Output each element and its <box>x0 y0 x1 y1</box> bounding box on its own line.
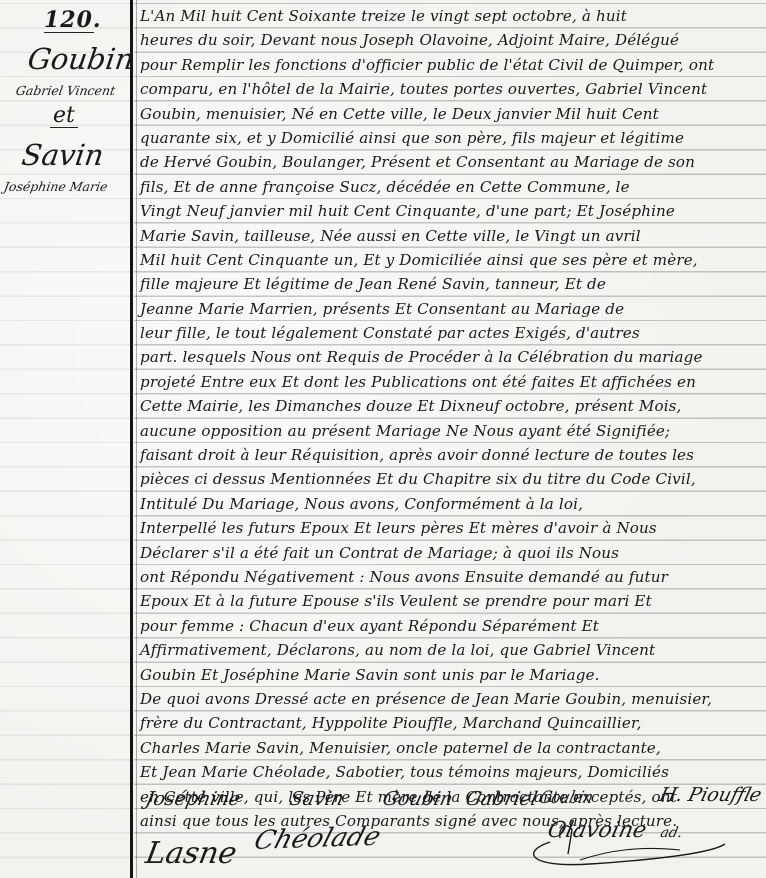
record-line: comparu, en l'hôtel de la Mairie, toutes… <box>140 76 760 100</box>
record-line: heures du soir, Devant nous Joseph Olavo… <box>140 27 760 51</box>
groom-given-names: Gabriel Vincent <box>15 84 117 98</box>
record-line: Goubin Et Joséphine Marie Savin sont uni… <box>140 662 760 686</box>
signature-witness-cheolade: Chéolade <box>251 822 385 856</box>
signature-witness-piouffle: H. Piouffle <box>657 784 764 806</box>
document-page: 120. Goubin Gabriel Vincent et Savin Jos… <box>0 0 766 878</box>
record-line: De quoi avons Dressé acte en présence de… <box>140 686 760 710</box>
signature-groom-given: Gabriel <box>464 788 540 810</box>
record-line: Et Jean Marie Chéolade, Sabotier, tous t… <box>140 759 760 783</box>
margin-divider <box>130 0 133 878</box>
record-line: projeté Entre eux Et dont les Publicatio… <box>140 369 760 393</box>
record-line: Affirmativement, Déclarons, au nom de la… <box>140 637 760 661</box>
record-line: Jeanne Marie Marrien, présents Et Consen… <box>140 296 760 320</box>
record-line: leur fille, le tout légalement Constaté … <box>140 320 760 344</box>
record-body: L'An Mil huit Cent Soixante treize le vi… <box>140 3 764 832</box>
groom-surname: Goubin <box>26 44 136 74</box>
entry-number: 120. <box>44 8 94 33</box>
record-line: Marie Savin, tailleuse, Née aussi en Cet… <box>140 223 760 247</box>
record-line: pour Remplir les fonctions d'officier pu… <box>140 52 760 76</box>
signature-witness-goubin: Goubin <box>538 788 596 808</box>
record-line: Mil huit Cent Cinquante un, Et y Domicil… <box>140 247 760 271</box>
record-line: fille majeure Et légitime de Jean René S… <box>140 271 760 295</box>
record-line: de Hervé Goubin, Boulanger, Présent et C… <box>140 149 760 173</box>
record-line: ont Répondu Négativement : Nous avons En… <box>140 564 760 588</box>
record-line: Charles Marie Savin, Menuisier, oncle pa… <box>140 735 760 759</box>
signature-groom-surname: Goubin <box>381 788 455 810</box>
signature-bride-surname: Savin <box>288 788 346 810</box>
record-line: frère du Contractant, Hyppolite Piouffle… <box>140 710 760 734</box>
record-line: part. lesquels Nous ont Requis de Procéd… <box>140 344 760 368</box>
record-line: pour femme : Chacun d'eux ayant Répondu … <box>140 613 760 637</box>
record-line: fils, Et de anne françoise Sucz, décédée… <box>140 174 760 198</box>
record-line: Goubin, menuisier, Né en Cette ville, le… <box>140 101 760 125</box>
margin-column: 120. Goubin Gabriel Vincent et Savin Jos… <box>0 0 130 878</box>
record-line: Epoux Et à la future Epouse s'ils Veulen… <box>140 588 760 612</box>
record-line: Cette Mairie, les Dimanches douze Et Dix… <box>140 393 760 417</box>
signature-flourish-icon <box>520 820 730 870</box>
record-line: Vingt Neuf janvier mil huit Cent Cinquan… <box>140 198 760 222</box>
signature-bride-given: Joséphine <box>144 788 243 810</box>
record-line: faisant droit à leur Réquisition, après … <box>140 442 760 466</box>
signature-witness-lasne: Lasne <box>143 836 239 871</box>
record-line: Interpellé les futurs Epoux Et leurs pèr… <box>140 515 760 539</box>
record-line: Intitulé Du Mariage, Nous avons, Conform… <box>140 491 760 515</box>
record-line: quarante six, et y Domicilié ainsi que s… <box>140 125 760 149</box>
bride-surname: Savin <box>20 140 106 170</box>
margin-divider-inner <box>136 0 137 878</box>
record-line: pièces ci dessus Mentionnées Et du Chapi… <box>140 466 760 490</box>
conjunction: et <box>50 105 78 128</box>
record-line: L'An Mil huit Cent Soixante treize le vi… <box>140 3 760 27</box>
record-line: Déclarer s'il a été fait un Contrat de M… <box>140 540 760 564</box>
bride-given-names: Joséphine Marie <box>3 180 109 194</box>
record-line: aucune opposition au présent Mariage Ne … <box>140 418 760 442</box>
